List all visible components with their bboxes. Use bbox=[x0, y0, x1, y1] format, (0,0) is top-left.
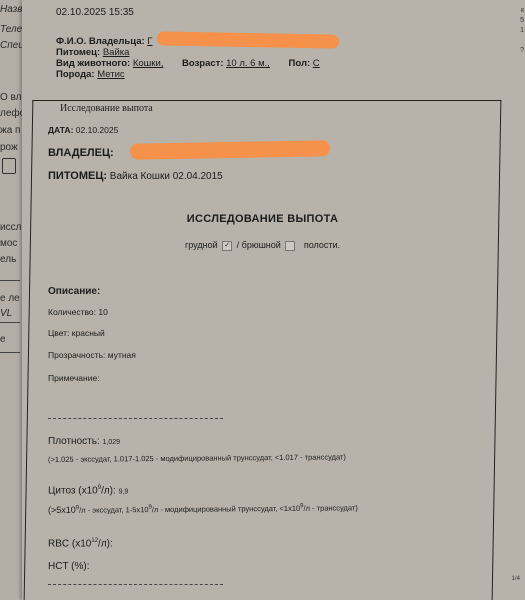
cavity-separator: / bbox=[237, 240, 240, 250]
divider-dashed bbox=[48, 418, 223, 419]
breed-value: Метис bbox=[97, 69, 124, 80]
transparency: Прозрачность: мутная bbox=[48, 350, 136, 360]
cytosis-label-prefix: Цитоз (x10 bbox=[48, 485, 98, 496]
back-divider bbox=[0, 280, 20, 281]
back-divider bbox=[0, 322, 20, 323]
description-heading: Описание: bbox=[48, 286, 100, 297]
abdominal-checkbox[interactable] bbox=[285, 241, 295, 251]
date-value: 02.10.2025 bbox=[76, 125, 119, 135]
cytosis-line: Цитоз (x109/л): 9,9 bbox=[48, 485, 128, 496]
report-owner-label: ВЛАДЕЛЕЦ: bbox=[48, 147, 114, 159]
thoracic-checkbox[interactable]: ✓ bbox=[222, 241, 232, 251]
print-datetime: 02.10.2025 15:35 bbox=[56, 7, 134, 18]
owner-line: Ф.И.О. Владельца: Г bbox=[56, 36, 152, 47]
report-pet-label: ПИТОМЕЦ: bbox=[48, 170, 107, 182]
back-checkbox bbox=[2, 158, 16, 174]
species-value: Кошки, bbox=[133, 58, 164, 69]
cytosis-ref-part: /л - экссудат, 1-5x10 bbox=[79, 505, 148, 515]
back-fragment: е ле bbox=[0, 293, 20, 304]
breed-line: Порода: Метис bbox=[56, 69, 125, 80]
rbc-line: RBC (x1012/л): bbox=[48, 538, 113, 549]
cytosis-label-suffix: /л): bbox=[101, 485, 116, 496]
density-line: Плотность: 1,029 bbox=[48, 436, 120, 447]
main-title: ИССЛЕДОВАНИЕ ВЫПОТА bbox=[0, 213, 525, 225]
hct-line: HCT (%): bbox=[48, 561, 89, 572]
report-owner: ВЛАДЕЛЕЦ: bbox=[48, 147, 114, 159]
back-fragment: VL bbox=[0, 308, 12, 319]
divider-dashed bbox=[48, 584, 223, 585]
pet-line: Питомец: Вайка bbox=[56, 47, 129, 58]
back-fragment: жа п bbox=[0, 125, 20, 136]
abdominal-label: брюшной bbox=[242, 240, 281, 250]
cytosis-value: 9,9 bbox=[119, 488, 129, 495]
pet-label: Питомец: bbox=[56, 47, 100, 58]
owner-value: Г bbox=[147, 36, 152, 47]
species-label: Вид животного: bbox=[56, 58, 130, 69]
back-divider bbox=[0, 352, 20, 353]
cavity-selection: грудной ✓ / брюшной полости. bbox=[0, 240, 525, 251]
document-title: Исследование выпота bbox=[60, 103, 153, 114]
cytosis-ref-part: /л - модифицированный трунссудат, <1x10 bbox=[152, 504, 300, 514]
age-label: Возраст: bbox=[182, 58, 223, 69]
report-pet-value: Вайка Кошки 02.04.2015 bbox=[110, 171, 223, 182]
density-label: Плотность: bbox=[48, 436, 100, 447]
cavity-suffix: полости. bbox=[304, 240, 340, 250]
sex-label: Пол: bbox=[289, 58, 311, 69]
rbc-label-suffix: /л): bbox=[98, 538, 113, 549]
back-fragment: е bbox=[0, 334, 6, 345]
note: Примечание: bbox=[48, 373, 100, 383]
rbc-label-prefix: RBC (x10 bbox=[48, 538, 91, 549]
owner-label: Ф.И.О. Владельца: bbox=[56, 36, 145, 47]
report-date: ДАТА: 02.10.2025 bbox=[48, 125, 118, 135]
cytosis-ref-part: (>5x10 bbox=[48, 505, 76, 515]
quantity: Количество: 10 bbox=[48, 307, 108, 317]
color: Цвет: красный bbox=[48, 328, 105, 338]
density-value: 1,029 bbox=[103, 439, 121, 446]
page-number: 1/4 bbox=[512, 576, 520, 582]
back-fragment: рож bbox=[0, 142, 18, 153]
breed-label: Порода: bbox=[56, 69, 95, 80]
cytosis-ref-part: /л - транссудат) bbox=[303, 503, 357, 512]
species-line: Вид животного: Кошки, Возраст: 10 л. 6 м… bbox=[56, 58, 320, 69]
edge-marks: к51? bbox=[520, 6, 524, 56]
sex-value: С bbox=[313, 58, 320, 69]
age-value: 10 л. 6 м., bbox=[226, 58, 270, 69]
thoracic-label: грудной bbox=[185, 240, 218, 250]
report-pet: ПИТОМЕЦ: Вайка Кошки 02.04.2015 bbox=[48, 170, 223, 182]
pet-value: Вайка bbox=[103, 47, 130, 58]
date-label: ДАТА: bbox=[48, 125, 73, 135]
back-fragment: ель bbox=[0, 254, 16, 265]
